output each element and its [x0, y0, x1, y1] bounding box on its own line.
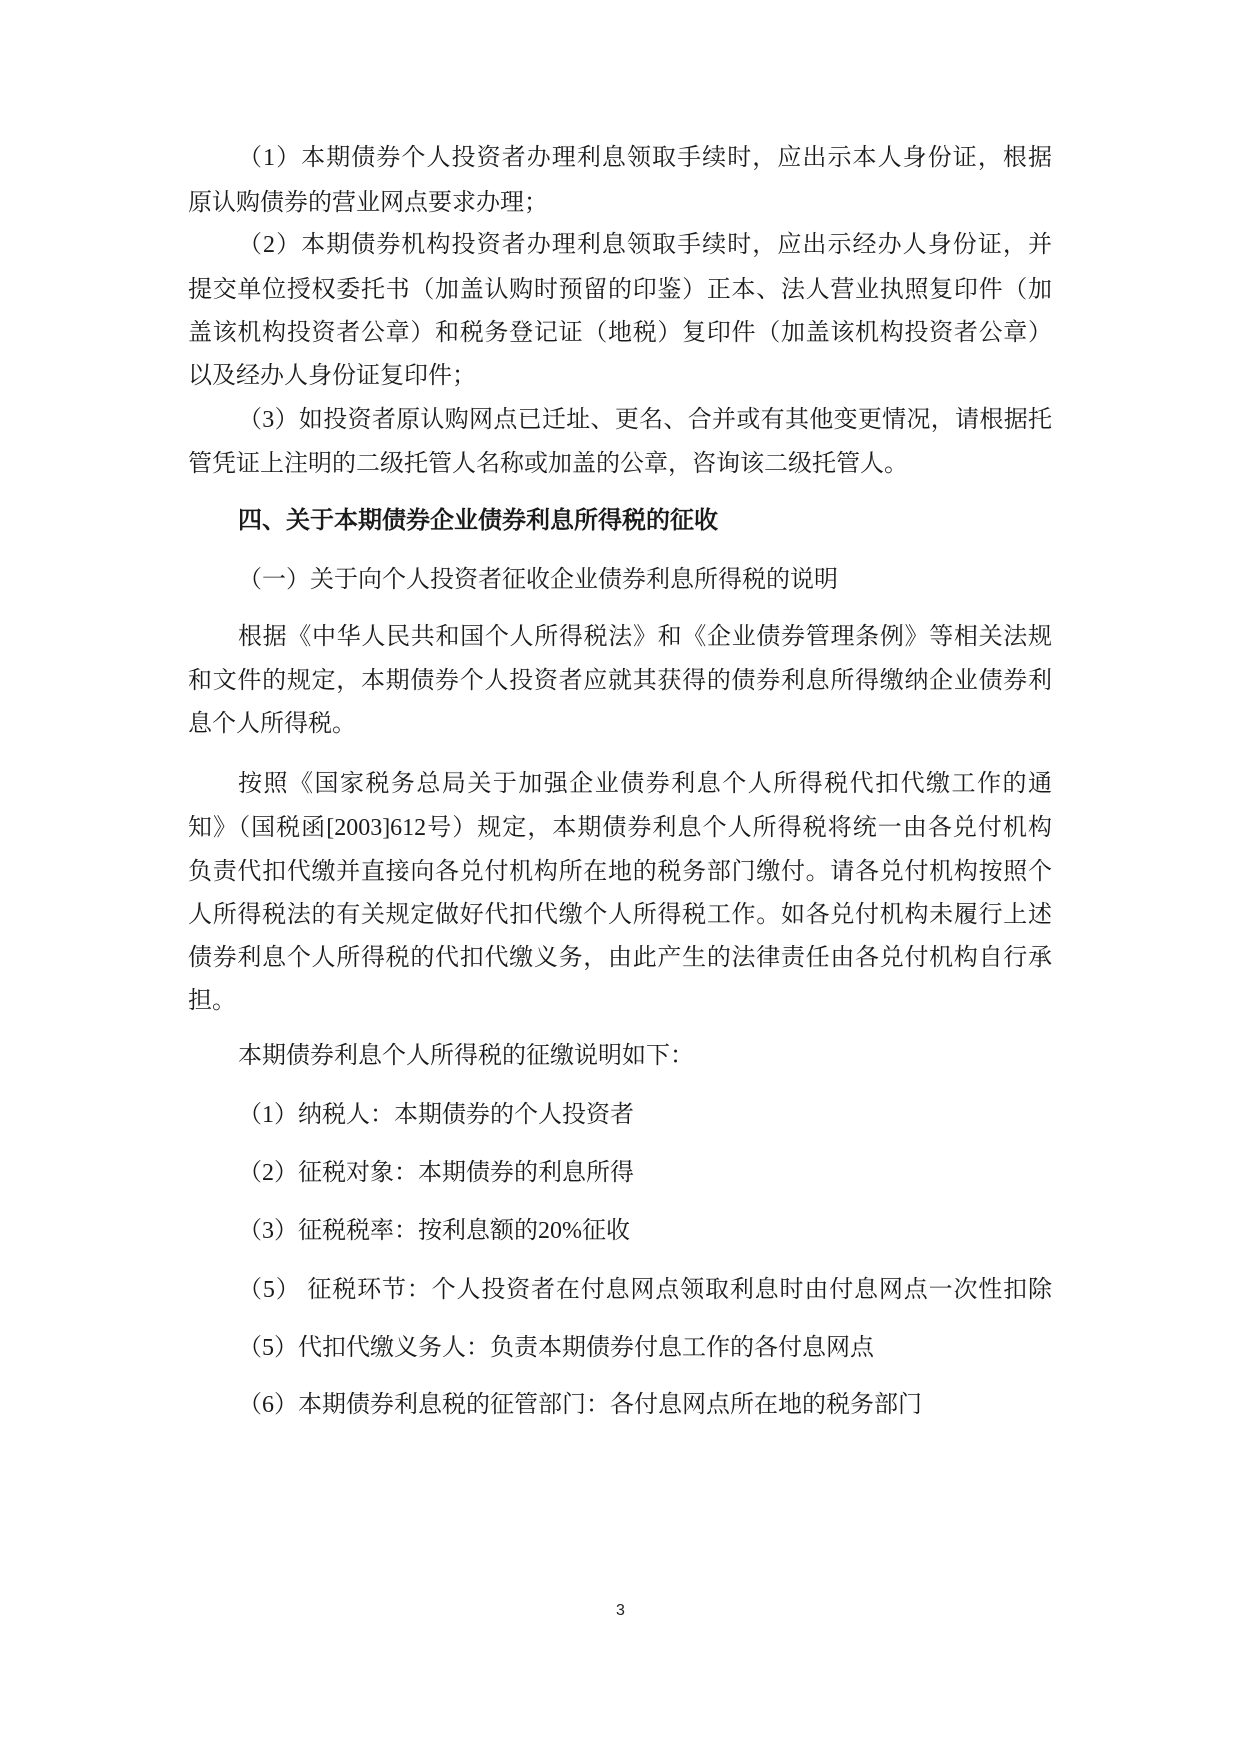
paragraph-line: 息个人所得税。 — [188, 709, 1052, 739]
list-item: （3）征税税率：按利息额的20%征收 — [238, 1216, 1052, 1246]
paragraph-line: 担。 — [188, 986, 1052, 1016]
paragraph-line: 和文件的规定，本期债券个人投资者应就其获得的债券利息所得缴纳企业债券利 — [188, 666, 1052, 696]
paragraph-line: 负责代扣代缴并直接向各兑付机构所在地的税务部门缴付。请各兑付机构按照个 — [188, 857, 1052, 887]
list-item: （5） 征税环节：个人投资者在付息网点领取利息时由付息网点一次性扣除 — [238, 1275, 1052, 1305]
paragraph-line: 根据《中华人民共和国个人所得税法》和《企业债券管理条例》等相关法规 — [238, 622, 1052, 652]
paragraph-line: 原认购债券的营业网点要求办理； — [188, 188, 1052, 218]
paragraph-line: 本期债券利息个人所得税的征缴说明如下： — [238, 1041, 1052, 1071]
paragraph-line: 人所得税法的有关规定做好代扣代缴个人所得税工作。如各兑付机构未履行上述 — [188, 900, 1052, 930]
section-heading: 四、关于本期债券企业债券利息所得税的征收 — [238, 505, 1052, 535]
paragraph-line: （3）如投资者原认购网点已迁址、更名、合并或有其他变更情况，请根据托 — [238, 405, 1052, 435]
list-item: （6）本期债券利息税的征管部门：各付息网点所在地的税务部门 — [238, 1390, 1052, 1420]
list-item: （2）征税对象：本期债券的利息所得 — [238, 1158, 1052, 1188]
subsection-heading: （一）关于向个人投资者征收企业债券利息所得税的说明 — [238, 565, 1052, 595]
paragraph-line: 提交单位授权委托书（加盖认购时预留的印鉴）正本、法人营业执照复印件（加 — [188, 275, 1052, 305]
paragraph-line: 以及经办人身份证复印件； — [188, 361, 1052, 391]
paragraph-line: 债券利息个人所得税的代扣代缴义务，由此产生的法律责任由各兑付机构自行承 — [188, 943, 1052, 973]
document-page: （1）本期债券个人投资者办理利息领取手续时，应出示本人身份证，根据 原认购债券的… — [0, 0, 1241, 1754]
list-item: （5）代扣代缴义务人：负责本期债券付息工作的各付息网点 — [238, 1333, 1052, 1363]
paragraph-line: 盖该机构投资者公章）和税务登记证（地税）复印件（加盖该机构投资者公章） — [188, 318, 1052, 348]
paragraph-line: （2）本期债券机构投资者办理利息领取手续时，应出示经办人身份证，并 — [238, 230, 1052, 260]
paragraph-line: 管凭证上注明的二级托管人名称或加盖的公章，咨询该二级托管人。 — [188, 449, 1052, 479]
paragraph-line: 按照《国家税务总局关于加强企业债券利息个人所得税代扣代缴工作的通 — [238, 769, 1052, 799]
page-number: 3 — [0, 1602, 1241, 1620]
list-item: （1）纳税人：本期债券的个人投资者 — [238, 1100, 1052, 1130]
paragraph-line: 知》（国税函[2003]612号）规定，本期债券利息个人所得税将统一由各兑付机构 — [188, 813, 1052, 843]
paragraph-line: （1）本期债券个人投资者办理利息领取手续时，应出示本人身份证，根据 — [238, 143, 1052, 173]
